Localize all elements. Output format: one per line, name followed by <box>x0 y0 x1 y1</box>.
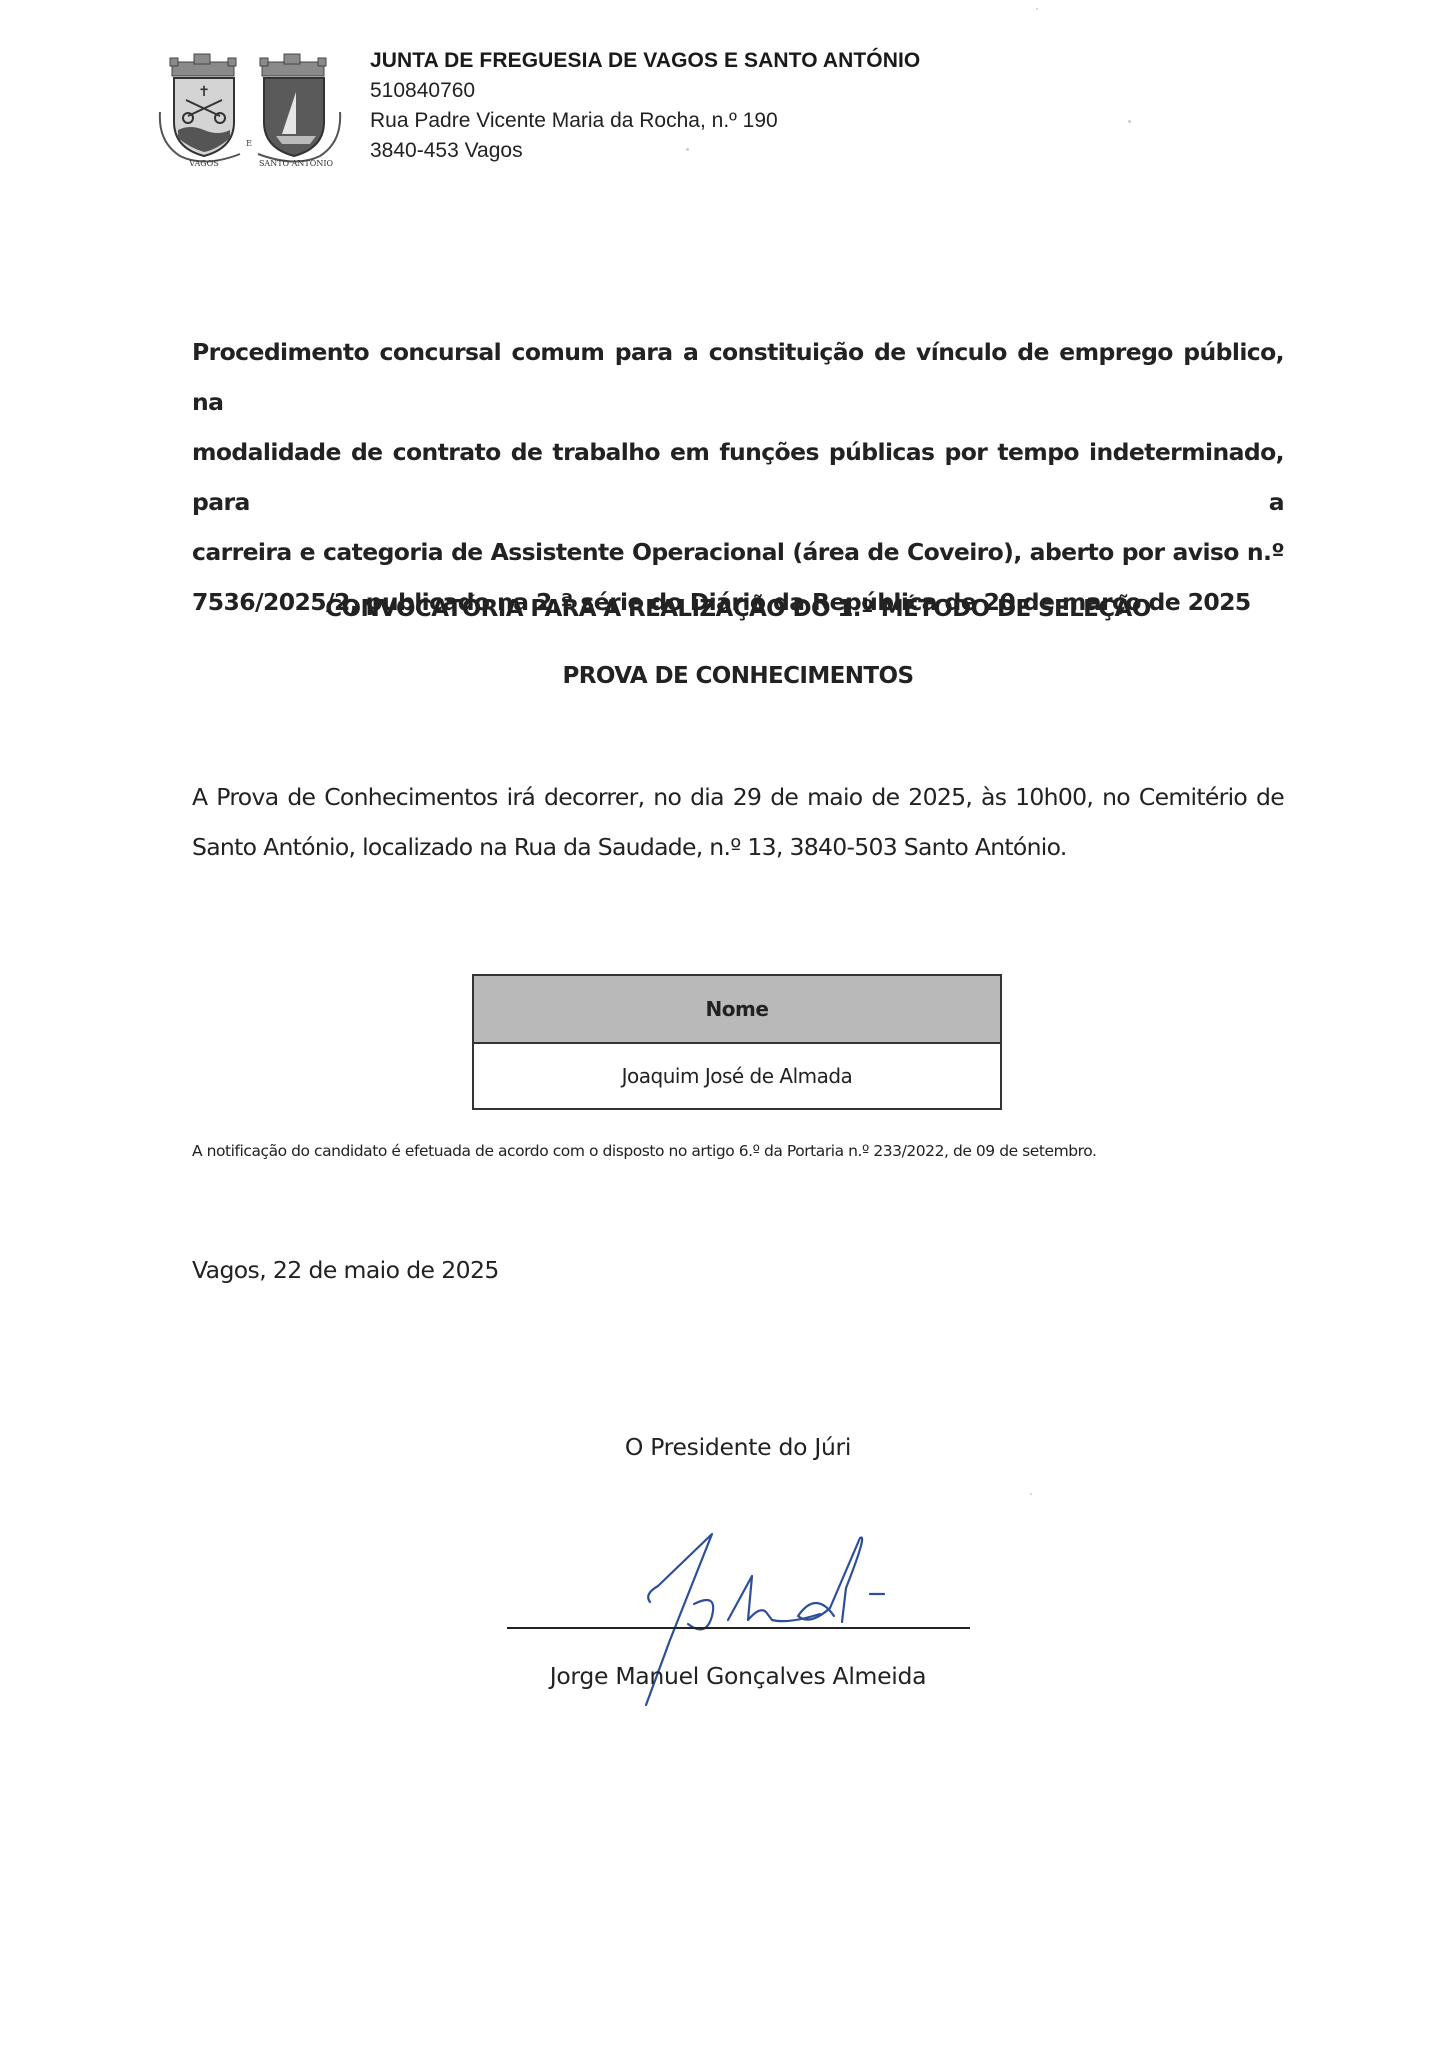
organization-header: JUNTA DE FREGUESIA DE VAGOS E SANTO ANTÓ… <box>370 46 920 166</box>
subject-line: Procedimento concursal comum para a cons… <box>192 327 1284 427</box>
address-line-2: 3840-453 Vagos <box>370 136 920 166</box>
exam-notice: A Prova de Conhecimentos irá decorrer, n… <box>192 772 1284 872</box>
candidate-name: Joaquim José de Almada <box>473 1043 1001 1109</box>
procedure-subject: Procedimento concursal comum para a cons… <box>192 327 1284 627</box>
signer-name: Jorge Manuel Gonçalves Almeida <box>0 1662 1440 1690</box>
organization-name: JUNTA DE FREGUESIA DE VAGOS E SANTO ANTÓ… <box>370 46 920 76</box>
convocation-title: CONVOCATÓRIA PARA A REALIZAÇÃO DO 1.º MÉ… <box>0 596 1440 622</box>
address-line-1: Rua Padre Vicente Maria da Rocha, n.º 19… <box>370 106 920 136</box>
svg-text:VAGOS: VAGOS <box>188 159 218 168</box>
handwritten-signature <box>620 1520 950 1720</box>
signature-line <box>507 1627 970 1629</box>
tax-id: 510840760 <box>370 76 920 106</box>
notice-line: Santo António, localizado na Rua da Saud… <box>192 822 1284 872</box>
svg-text:SANTO ANTÓNIO: SANTO ANTÓNIO <box>259 159 334 168</box>
scan-speck <box>1036 8 1038 10</box>
subject-line: modalidade de contrato de trabalho em fu… <box>192 427 1284 527</box>
table-row: Joaquim José de Almada <box>473 1043 1001 1109</box>
svg-text:✝: ✝ <box>198 84 210 100</box>
scan-speck <box>1128 120 1131 123</box>
footnote: A notificação do candidato é efetuada de… <box>192 1142 1096 1160</box>
svg-text:E: E <box>246 139 252 148</box>
date-place: Vagos, 22 de maio de 2025 <box>192 1256 499 1284</box>
column-header-name: Nome <box>473 975 1001 1043</box>
subject-line: carreira e categoria de Assistente Opera… <box>192 527 1284 577</box>
method-title: PROVA DE CONHECIMENTOS <box>0 663 1440 689</box>
notice-line: A Prova de Conhecimentos irá decorrer, n… <box>192 772 1284 822</box>
signer-role: O Presidente do Júri <box>0 1433 1440 1461</box>
coat-of-arms-icon: ✝ VAGOS E SANTO ANTÓNIO <box>150 52 350 170</box>
candidates-table: Nome Joaquim José de Almada <box>472 974 1002 1110</box>
scan-speck <box>686 148 689 151</box>
scan-speck <box>1030 1493 1032 1495</box>
